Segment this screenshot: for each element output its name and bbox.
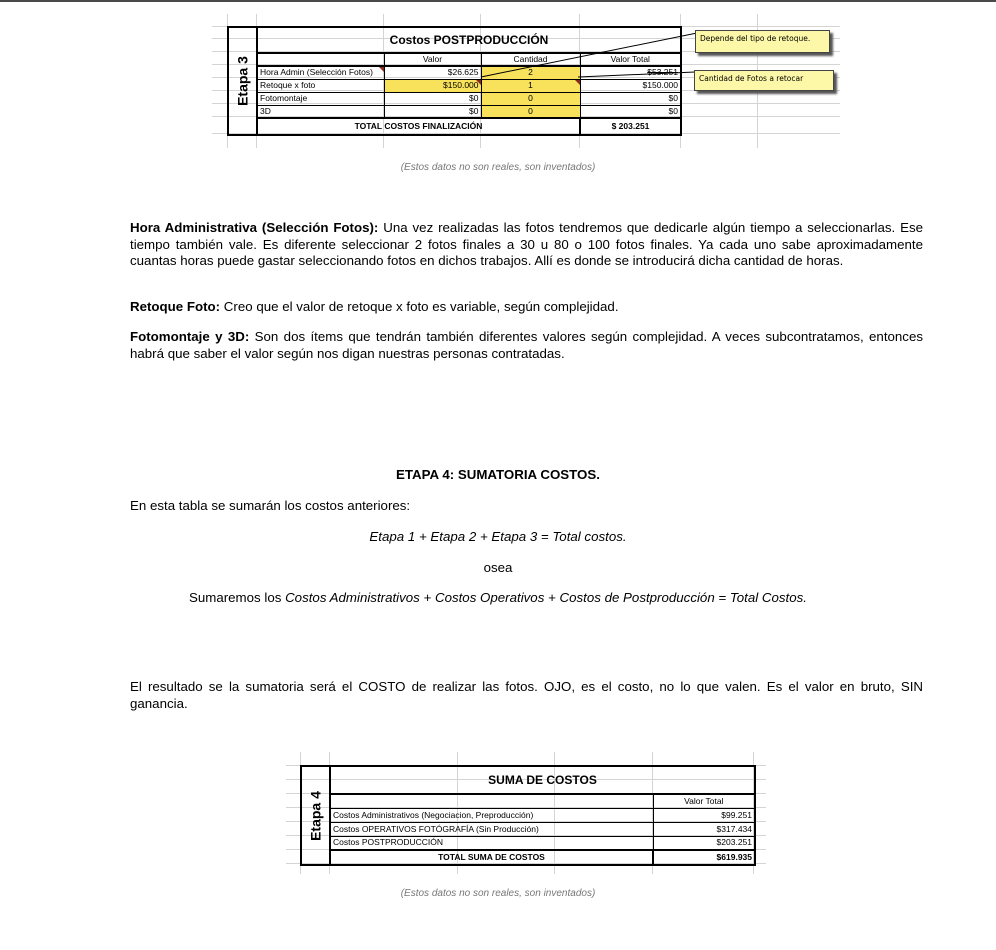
- table-row: Retoque x foto $150.000 1 $150.000: [228, 79, 681, 92]
- section-heading: ETAPA 4: SUMATORIA COSTOS.: [0, 467, 996, 482]
- paragraph-hora-admin: Hora Administrativa (Selección Fotos): U…: [130, 220, 923, 270]
- paragraph-text: Son dos ítems que tendrán también difere…: [130, 329, 923, 361]
- col-header-valor: Valor: [384, 53, 481, 66]
- top-border: [0, 0, 996, 2]
- etapa4-total-label: TOTAL SUMA DE COSTOS: [330, 850, 653, 865]
- row-cantidad[interactable]: 2: [481, 66, 580, 79]
- row-label[interactable]: Hora Admin (Selección Fotos): [257, 66, 384, 79]
- table-row: Costos POSTPRODUCCIÓN $203.251: [301, 836, 755, 850]
- row-cantidad[interactable]: 1: [481, 79, 580, 92]
- table-row: Costos Administrativos (Negociacion, Pre…: [301, 808, 755, 822]
- etapa3-side-label: Etapa 3: [228, 27, 257, 135]
- paragraph-lead: Hora Administrativa (Selección Fotos):: [130, 220, 378, 235]
- paragraph-lead: Fotomontaje y 3D:: [130, 329, 249, 344]
- col-header-empty: [330, 794, 653, 808]
- table-row: Fotomontaje $0 0 $0: [228, 92, 681, 105]
- paragraph-text: Creo que el valor de retoque x foto es v…: [220, 299, 618, 314]
- row-valor[interactable]: $0: [384, 105, 481, 118]
- row-total[interactable]: $203.251: [653, 836, 755, 850]
- etapa4-title: SUMA DE COSTOS: [330, 766, 755, 794]
- disclaimer-caption: (Estos datos no son reales, son inventad…: [0, 162, 996, 173]
- osea-text: osea: [0, 560, 996, 575]
- etapa3-table: Etapa 3 Costos POSTPRODUCCIÓN Valor Cant…: [227, 26, 682, 136]
- row-cantidad[interactable]: 0: [481, 105, 580, 118]
- row-label[interactable]: Costos OPERATIVOS FOTÓGRAFÍA (Sin Produc…: [330, 822, 653, 836]
- etapa4-total-value: $619.935: [653, 850, 755, 865]
- row-label[interactable]: 3D: [257, 105, 384, 118]
- sum-sentence: Sumaremos los Costos Administrativos + C…: [0, 590, 996, 605]
- col-header-valor-total: Valor Total: [580, 53, 681, 66]
- table-row: Costos OPERATIVOS FOTÓGRAFÍA (Sin Produc…: [301, 822, 755, 836]
- etapa4-side-label: Etapa 4: [301, 766, 330, 865]
- row-valor[interactable]: $0: [384, 92, 481, 105]
- comment-note-retoque[interactable]: Depende del tipo de retoque.: [695, 30, 830, 53]
- row-total[interactable]: $150.000: [580, 79, 681, 92]
- table-row: Hora Admin (Selección Fotos) $26.625 2 $…: [228, 66, 681, 79]
- row-total[interactable]: $0: [580, 105, 681, 118]
- etapa3-total-label: TOTAL COSTOS FINALIZACIÓN: [257, 118, 580, 135]
- row-total[interactable]: $0: [580, 92, 681, 105]
- row-label[interactable]: Retoque x foto: [257, 79, 384, 92]
- paragraph-fotomontaje: Fotomontaje y 3D: Son dos ítems que tend…: [130, 329, 923, 362]
- row-total[interactable]: $53.251: [580, 66, 681, 79]
- comment-note-cantidad[interactable]: Cantidad de Fotos a retocar: [694, 70, 834, 91]
- table-row: 3D $0 0 $0: [228, 105, 681, 118]
- col-header-valor-total: Valor Total: [653, 794, 755, 808]
- row-valor[interactable]: $26.625: [384, 66, 481, 79]
- disclaimer-caption-2: (Estos datos no son reales, son inventad…: [0, 888, 996, 899]
- row-cantidad[interactable]: 0: [481, 92, 580, 105]
- row-label[interactable]: Costos POSTPRODUCCIÓN: [330, 836, 653, 850]
- paragraph-retoque: Retoque Foto: Creo que el valor de retoq…: [130, 299, 923, 316]
- section-intro: En esta tabla se sumarán los costos ante…: [130, 498, 923, 515]
- etapa3-total-value: $ 203.251: [580, 118, 681, 135]
- row-label[interactable]: Costos Administrativos (Negociacion, Pre…: [330, 808, 653, 822]
- paragraph-lead: Retoque Foto:: [130, 299, 220, 314]
- result-paragraph: El resultado se la sumatoria será el COS…: [130, 679, 923, 712]
- row-label[interactable]: Fotomontaje: [257, 92, 384, 105]
- col-header-cantidad: Cantidad: [481, 53, 580, 66]
- col-header-empty: [257, 53, 384, 66]
- row-total[interactable]: $99.251: [653, 808, 755, 822]
- etapa4-table: Etapa 4 SUMA DE COSTOS Valor Total Costo…: [300, 765, 756, 866]
- formula: Etapa 1 + Etapa 2 + Etapa 3 = Total cost…: [0, 529, 996, 544]
- row-total[interactable]: $317.434: [653, 822, 755, 836]
- row-valor[interactable]: $150.000: [384, 79, 481, 92]
- etapa3-title: Costos POSTPRODUCCIÓN: [257, 27, 681, 53]
